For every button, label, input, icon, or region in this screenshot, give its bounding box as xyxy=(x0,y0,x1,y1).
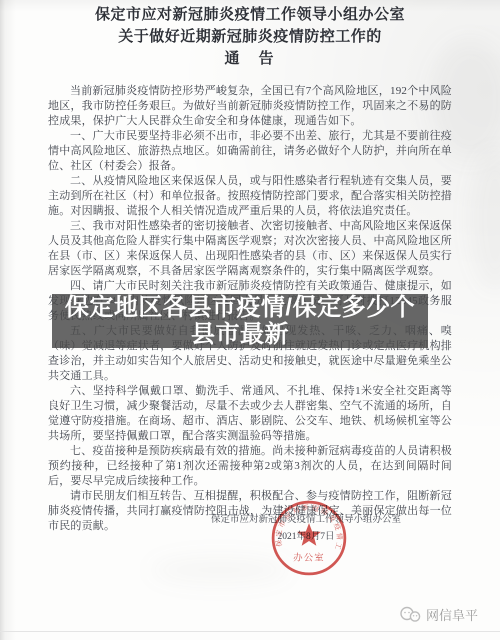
watermark-label: 网信阜平 xyxy=(426,605,478,624)
notice-paragraph: 二、从疫情风险地区来保返保人员，或与阳性感染者行程轨迹有交集人员，要主动到所在社… xyxy=(48,174,452,219)
notice-paragraph: 六、坚持科学佩戴口罩、勤洗手、常通风、不扎堆、保持1米安全社交距离等良好卫生习惯… xyxy=(48,384,452,444)
scan-artifact xyxy=(470,150,500,290)
notice-paragraph: 当前新冠肺炎疫情防控形势严峻复杂，全国已有7个高风险地区，192个中风险地区，我… xyxy=(48,84,452,129)
notice-paragraph: 三、我市对阳性感染者的密切接触者、次密切接触者、中高风险地区来保返保人员及其他高… xyxy=(48,219,452,279)
overlay-caption-text: 保定地区各县市疫情/保定多少个县市最新 xyxy=(62,294,418,348)
overlay-caption: 保定地区各县市疫情/保定多少个县市最新 xyxy=(52,294,428,348)
official-seal: 保定市应对新冠肺炎疫情工作领导小组 办公室 xyxy=(270,499,348,577)
notice-paragraph: 一、广大市民要坚持非必须不出市，非必要不出差、旅行，尤其是不要前往疫情中高风险地… xyxy=(48,129,452,174)
document-page: 保定市应对新冠肺炎疫情工作领导小组办公室 关于做好近期新冠肺炎疫情防控工作的 通… xyxy=(0,0,500,640)
wechat-logo-icon xyxy=(399,606,421,623)
notice-title-line3: 通 告 xyxy=(0,48,500,70)
watermark: 网信阜平 xyxy=(399,605,478,624)
notice-title-line1: 保定市应对新冠肺炎疫情工作领导小组办公室 xyxy=(0,4,500,26)
notice-paragraph: 七、疫苗接种是预防疾病最有效的措施。尚未接种新冠病毒疫苗的人员请积极预约接种，已… xyxy=(48,444,452,489)
seal-ring-text: 保定市应对新冠肺炎疫情工作领导小组 xyxy=(270,499,344,550)
seal-office-label: 办公室 xyxy=(293,552,325,564)
footer-divider xyxy=(0,631,500,632)
notice-title: 保定市应对新冠肺炎疫情工作领导小组办公室 关于做好近期新冠肺炎疫情防控工作的 通… xyxy=(0,4,500,70)
star-icon xyxy=(297,523,321,546)
notice-title-line2: 关于做好近期新冠肺炎疫情防控工作的 xyxy=(0,26,500,48)
scan-artifact xyxy=(150,555,290,585)
